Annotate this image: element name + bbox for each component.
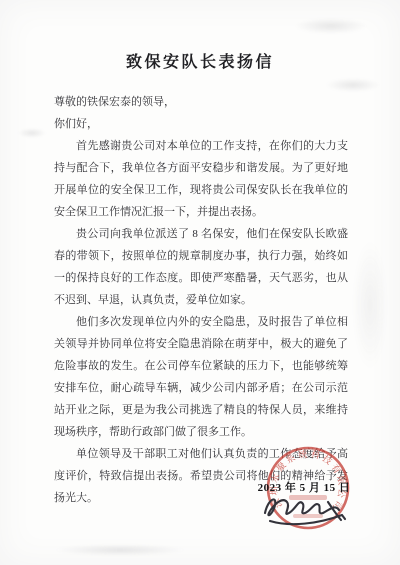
letter-title: 致保安队长表扬信 (0, 49, 400, 72)
body-paragraph: 首先感谢贵公司对本单位的工作支持，在你们的大力支持与配合下，我单位各方面平安稳步… (54, 135, 348, 223)
scan-smudge (18, 128, 46, 138)
scan-smudge (326, 78, 380, 92)
letter-page: 致保安队长表扬信 尊敬的铁保宏泰的领导， 你们好， 首先感谢贵公司对本单位的工作… (0, 0, 400, 565)
body-paragraph: 贵公司向我单位派送了 8 名保安，他们在保安队长欧盛春的带领下，按照单位的规章制… (54, 223, 348, 311)
scan-smudge (295, 18, 367, 34)
body-paragraph: 他们多次发现单位内外的安全隐患，及时报告了单位相关领导并协同单位将安全隐患消除在… (54, 311, 348, 443)
scan-smudge (352, 240, 388, 370)
greeting-line: 你们好， (54, 113, 348, 135)
handwritten-signature (258, 486, 350, 530)
salutation-line: 尊敬的铁保宏泰的领导， (54, 91, 348, 113)
scan-smudge (55, 544, 185, 556)
